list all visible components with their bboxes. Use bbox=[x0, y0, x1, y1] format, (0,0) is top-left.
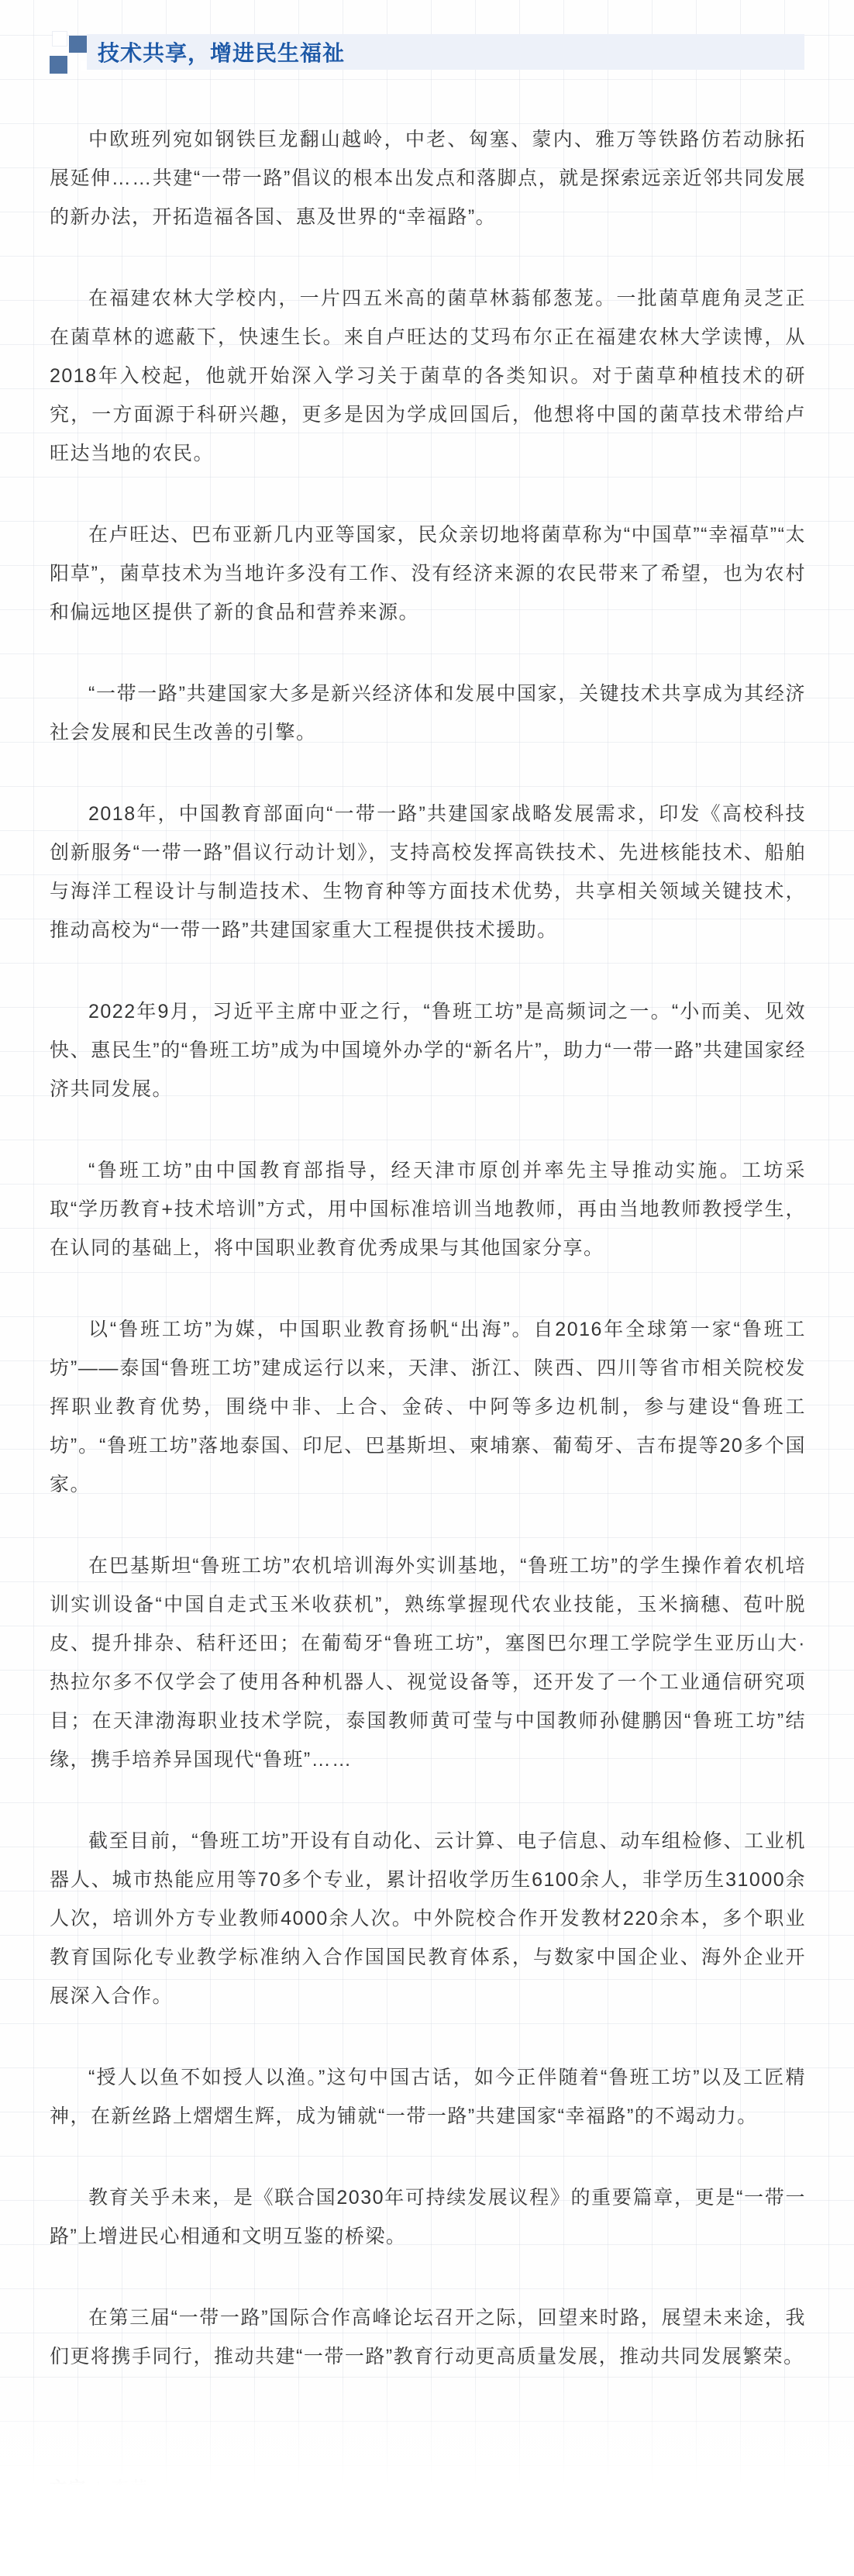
credit-value: 李萍 bbox=[112, 2478, 149, 2498]
paragraph: “一带一路”共建国家大多是新兴经济体和发展中国家，关键技术共享成为其经济社会发展… bbox=[50, 674, 806, 752]
credit-separator: | bbox=[96, 2478, 102, 2498]
credit-label: 来源 bbox=[50, 2512, 87, 2531]
paragraph: 2022年9月，习近平主席中亚之行，“鲁班工坊”是高频词之一。“小而美、见效快、… bbox=[50, 992, 806, 1109]
paragraph: 在第三届“一带一路”国际合作高峰论坛召开之际，回望来时路，展望未来途，我们更将携… bbox=[50, 2298, 806, 2376]
article-page: 技术共享，增进民生福祉 中欧班列宛如钢铁巨龙翻山越岭，中老、匈塞、蒙内、雅万等铁… bbox=[0, 0, 854, 2576]
page-title: 技术共享，增进民生福祉 bbox=[98, 36, 345, 67]
article-footer: 文字|李萍 来源|《中国教育报》2023年10月17日 bbox=[50, 2471, 386, 2538]
paragraph: “授人以鱼不如授人以渔。”这句中国古话，如今正伴随着“鲁班工坊”以及工匠精神，在… bbox=[50, 2058, 806, 2136]
credit-line-author: 文字|李萍 bbox=[50, 2471, 386, 2505]
article-header: 技术共享，增进民生福祉 bbox=[0, 0, 854, 75]
paragraph: 在福建农林大学校内，一片四五米高的菌草林蓊郁葱茏。一批菌草鹿角灵芝正在菌草林的遮… bbox=[50, 279, 806, 473]
paragraph: 在巴基斯坦“鲁班工坊”农机培训海外实训基地，“鲁班工坊”的学生操作着农机培训实训… bbox=[50, 1547, 806, 1779]
decorative-square-blue-bottom-icon bbox=[50, 56, 67, 74]
title-band: 技术共享，增进民生福祉 bbox=[87, 34, 804, 70]
credit-separator: | bbox=[96, 2512, 102, 2531]
paragraph: 2018年，中国教育部面向“一带一路”共建国家战略发展需求，印发《高校科技创新服… bbox=[50, 795, 806, 950]
credit-line-source: 来源|《中国教育报》2023年10月17日 bbox=[50, 2505, 386, 2538]
credit-label: 文字 bbox=[50, 2478, 87, 2498]
article-body: 中欧班列宛如钢铁巨龙翻山越岭，中老、匈塞、蒙内、雅万等铁路仿若动脉拓展延伸……共… bbox=[50, 120, 806, 2419]
paragraph: 以“鲁班工坊”为媒，中国职业教育扬帆“出海”。自2016年全球第一家“鲁班工坊”… bbox=[50, 1310, 806, 1504]
paragraph: “鲁班工坊”由中国教育部指导，经天津市原创并率先主导推动实施。工坊采取“学历教育… bbox=[50, 1151, 806, 1267]
decorative-square-white-icon bbox=[53, 32, 67, 46]
paragraph: 教育关乎未来，是《联合国2030年可持续发展议程》的重要篇章，更是“一带一路”上… bbox=[50, 2178, 806, 2256]
paragraph: 中欧班列宛如钢铁巨龙翻山越岭，中老、匈塞、蒙内、雅万等铁路仿若动脉拓展延伸……共… bbox=[50, 120, 806, 236]
paragraph: 在卢旺达、巴布亚新几内亚等国家，民众亲切地将菌草称为“中国草”“幸福草”“太阳草… bbox=[50, 516, 806, 632]
decorative-square-blue-top-icon bbox=[69, 36, 87, 53]
credit-value: 《中国教育报》2023年10月17日 bbox=[112, 2512, 386, 2531]
paragraph: 截至目前，“鲁班工坊”开设有自动化、云计算、电子信息、动车组检修、工业机器人、城… bbox=[50, 1822, 806, 2016]
